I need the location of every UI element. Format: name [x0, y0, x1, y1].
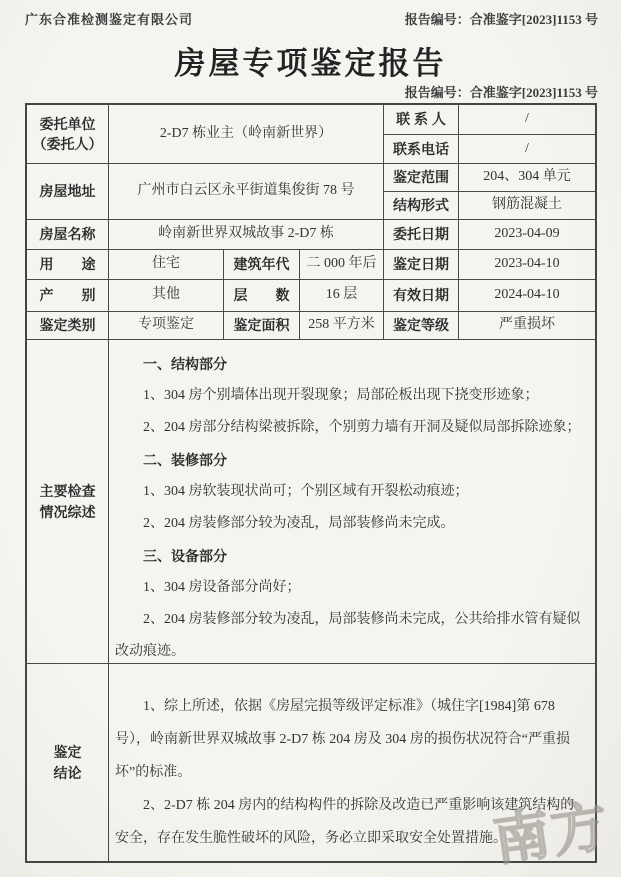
conclusion-item: 2、2-D7 栋 204 房内的结构构件的拆除及改造已严重影响该建筑结构的安全，…	[115, 789, 585, 855]
report-title: 房屋专项鉴定报告	[0, 38, 621, 83]
header-report-number: 报告编号：合准鉴字[2023]1153 号	[405, 9, 598, 28]
sub-report-number: 报告编号：合准鉴字[2023]1153 号	[405, 82, 598, 101]
conclusion-content: 1、综上所述，依据《房屋完损等级评定标准》（城住字[1984]第 678 号），…	[109, 664, 595, 861]
ownership-label: 产 别	[27, 280, 109, 312]
summary-item: 1、304 房设备部分尚好；	[115, 572, 585, 604]
conclusion-item: 1、综上所述，依据《房屋完损等级评定标准》（城住字[1984]第 678 号），…	[115, 690, 585, 789]
header-company: 广东合准检测鉴定有限公司	[25, 9, 193, 28]
structure-type-label: 结构形式	[384, 192, 459, 220]
summary-item: 2、204 房装修部分较为凌乱，局部装修尚未完成，公共给排水管有疑似改动痕迹。	[115, 604, 585, 664]
building-name-label: 房屋名称	[27, 220, 109, 250]
summary-section-equipment-heading: 三、设备部分	[115, 540, 585, 572]
summary-label-line2: 情况综述	[40, 502, 96, 522]
conclusion-label-line2: 结论	[54, 763, 82, 783]
client-label-line1: 委托单位	[40, 114, 96, 134]
usage-value: 住宅	[109, 250, 224, 280]
commission-date-label: 委托日期	[384, 220, 459, 250]
appraisal-type-value: 专项鉴定	[109, 312, 224, 340]
summary-item: 2、204 房装修部分较为凌乱，局部装修尚未完成。	[115, 508, 585, 540]
summary-item: 2、204 房部分结构梁被拆除，个别剪力墙有开洞及疑似局部拆除迹象；	[115, 412, 585, 444]
phone-value: /	[459, 135, 595, 164]
appraisal-date-value: 2023-04-10	[459, 250, 595, 280]
client-value: 2-D7 栋业主（岭南新世界）	[109, 105, 384, 164]
usage-label: 用 途	[27, 250, 109, 280]
info-table: 委托单位 （委托人） 2-D7 栋业主（岭南新世界） 联 系 人 / 联系电话 …	[25, 103, 597, 863]
appraisal-area-label: 鉴定面积	[224, 312, 300, 340]
appraisal-grade-value: 严重损坏	[459, 312, 595, 340]
report-sheet: 广东合准检测鉴定有限公司 报告编号：合准鉴字[2023]1153 号 房屋专项鉴…	[0, 0, 621, 877]
appraisal-type-label: 鉴定类别	[27, 312, 109, 340]
summary-item: 1、304 房个别墙体出现开裂现象；局部砼板出现下挠变形迹象；	[115, 380, 585, 412]
address-label: 房屋地址	[27, 164, 109, 220]
scope-value: 204、304 单元	[459, 164, 595, 192]
conclusion-label-line1: 鉴定	[54, 742, 82, 762]
validity-date-label: 有效日期	[384, 280, 459, 312]
commission-date-value: 2023-04-09	[459, 220, 595, 250]
validity-date-value: 2024-04-10	[459, 280, 595, 312]
summary-section-decoration-heading: 二、装修部分	[115, 444, 585, 476]
building-name-value: 岭南新世界双城故事 2-D7 栋	[109, 220, 384, 250]
summary-content: 一、结构部分 1、304 房个别墙体出现开裂现象；局部砼板出现下挠变形迹象； 2…	[109, 340, 595, 664]
contact-value: /	[459, 105, 595, 135]
phone-label: 联系电话	[384, 135, 459, 164]
summary-section-structure-heading: 一、结构部分	[115, 348, 585, 380]
construction-era-value: 二 000 年后	[300, 250, 384, 280]
summary-label-line1: 主要检查	[40, 481, 96, 501]
client-label: 委托单位 （委托人）	[27, 105, 109, 164]
appraisal-grade-label: 鉴定等级	[384, 312, 459, 340]
contact-label: 联 系 人	[384, 105, 459, 135]
floor-count-label: 层 数	[224, 280, 300, 312]
summary-item: 1、304 房软装现状尚可；个别区域有开裂松动痕迹；	[115, 476, 585, 508]
appraisal-area-value: 258 平方米	[300, 312, 384, 340]
construction-era-label: 建筑年代	[224, 250, 300, 280]
summary-label: 主要检查 情况综述	[27, 340, 109, 664]
ownership-value: 其他	[109, 280, 224, 312]
floor-count-value: 16 层	[300, 280, 384, 312]
client-label-line2: （委托人）	[33, 134, 103, 154]
appraisal-date-label: 鉴定日期	[384, 250, 459, 280]
scope-label: 鉴定范围	[384, 164, 459, 192]
address-value: 广州市白云区永平街道集俊街 78 号	[109, 164, 384, 220]
structure-type-value: 钢筋混凝土	[459, 192, 595, 220]
conclusion-label: 鉴定 结论	[27, 664, 109, 861]
